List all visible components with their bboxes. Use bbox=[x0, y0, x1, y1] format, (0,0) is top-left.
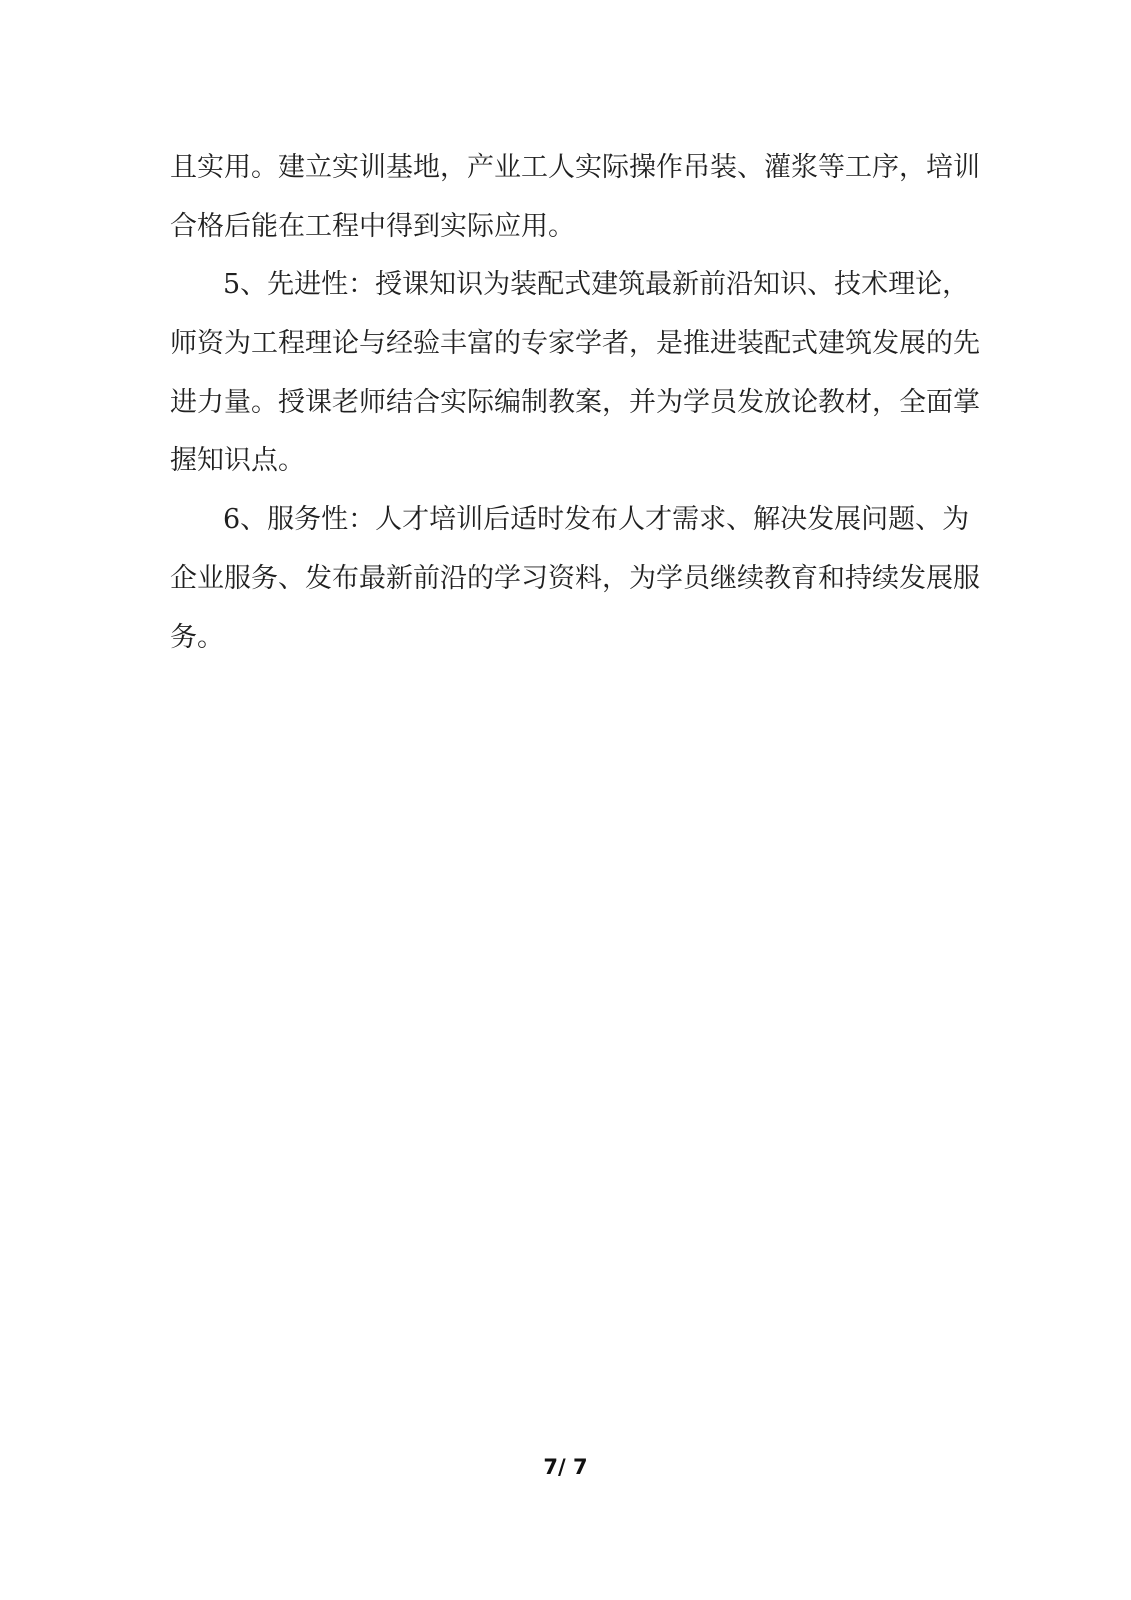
text-line: 师资为工程理论与经验丰富的专家学者，是推进装配式建筑发展的先 bbox=[170, 315, 960, 374]
text-line: 5、先进性：授课知识为装配式建筑最新前沿知识、技术理论， bbox=[170, 256, 960, 315]
text-line: 且实用。建立实训基地，产业工人实际操作吊装、灌浆等工序，培训 bbox=[170, 139, 960, 198]
text-line: 务。 bbox=[170, 609, 960, 668]
text-line: 合格后能在工程中得到实际应用。 bbox=[170, 198, 960, 257]
document-body: 且实用。建立实训基地，产业工人实际操作吊装、灌浆等工序，培训 合格后能在工程中得… bbox=[170, 139, 960, 667]
text-line: 企业服务、发布最新前沿的学习资料，为学员继续教育和持续发展服 bbox=[170, 550, 960, 609]
document-page: 且实用。建立实训基地，产业工人实际操作吊装、灌浆等工序，培训 合格后能在工程中得… bbox=[0, 0, 1131, 1600]
text-line: 6、服务性：人才培训后适时发布人才需求、解决发展问题、为 bbox=[170, 491, 960, 550]
text-line: 进力量。授课老师结合实际编制教案，并为学员发放论教材，全面掌 bbox=[170, 374, 960, 433]
page-number: 7/ 7 bbox=[0, 1452, 1131, 1482]
text-line: 握知识点。 bbox=[170, 432, 960, 491]
